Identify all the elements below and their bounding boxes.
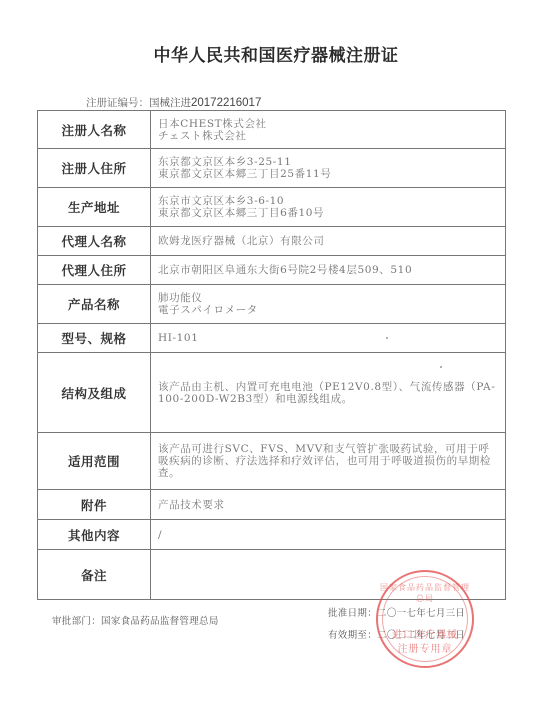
row-label: 其他内容: [38, 520, 151, 550]
approval-department-label: 审批部门：: [52, 616, 101, 627]
row-value: 东京市文京区本乡3-6-10 東京都文京区本郷三丁目6番10号: [151, 188, 506, 227]
table-row: 注册人住所 东京都文京区本乡3-25-11 東京都文京区本郷三丁目25番11号: [38, 149, 506, 188]
valid-until: 有效期至：二〇二二年七月二日: [328, 627, 465, 641]
row-label: 产品名称: [38, 285, 151, 324]
scan-speck: [440, 366, 442, 368]
approval-date-value: 二〇一七年七月三日: [377, 608, 465, 619]
approval-date: 批准日期：二〇一七年七月三日: [328, 605, 465, 619]
row-label: 生产地址: [38, 188, 151, 227]
table-row: 代理人名称 欧姆龙医疗器械（北京）有限公司: [38, 227, 506, 256]
value-line: 东京都文京区本乡3-25-11: [158, 156, 498, 168]
table-row: 适用范围 该产品可进行SVC、FVS、MVV和支气管扩张吸药试验，可用于呼吸疾病…: [38, 433, 506, 490]
certificate-table: 注册人名称 日本CHEST株式会社 チェスト株式会社 注册人住所 东京都文京区本…: [37, 110, 506, 600]
value-line: HI-101: [158, 332, 498, 344]
value-line: 電子スパイロメータ: [158, 304, 498, 316]
row-label: 代理人名称: [38, 227, 151, 256]
row-label: 附件: [38, 490, 151, 520]
row-value: 北京市朝阳区阜通东大街6号院2号楼4层509、510: [151, 256, 506, 285]
table-row: 生产地址 东京市文京区本乡3-6-10 東京都文京区本郷三丁目6番10号: [38, 188, 506, 227]
value-line: 东京市文京区本乡3-6-10: [158, 195, 498, 207]
row-value: 东京都文京区本乡3-25-11 東京都文京区本郷三丁目25番11号: [151, 149, 506, 188]
valid-until-value: 二〇二二年七月二日: [377, 630, 465, 641]
table-row: 其他内容 /: [38, 520, 506, 550]
row-value: [151, 550, 506, 600]
value-line: 肺功能仪: [158, 292, 498, 304]
approval-department-value: 国家食品药品监督管理总局: [101, 616, 219, 627]
approval-department: 审批部门：国家食品药品监督管理总局: [52, 613, 219, 627]
row-label: 代理人住所: [38, 256, 151, 285]
table-row: 备注: [38, 550, 506, 600]
registration-number-label: 注册证编号：: [86, 97, 149, 109]
value-line: 北京市朝阳区阜通东大街6号院2号楼4层509、510: [158, 264, 498, 276]
row-value: 该产品由主机、内置可充电电池（PE12V0.8型）、气流传感器（PA-100-2…: [151, 353, 506, 433]
seal-line-2: 注册专用章: [378, 640, 472, 655]
table-row: 附件 产品技术要求: [38, 490, 506, 520]
registration-number-value: 20172216017: [191, 97, 261, 109]
valid-until-label: 有效期至：: [328, 630, 377, 641]
value-line: 東京都文京区本郷三丁目25番11号: [158, 168, 498, 180]
registration-number: 注册证编号：国械注进20172216017: [86, 95, 261, 110]
row-value: 该产品可进行SVC、FVS、MVV和支气管扩张吸药试验，可用于呼吸疾病的诊断、疗…: [151, 433, 506, 490]
value-line: チェスト株式会社: [158, 130, 498, 142]
row-label: 注册人名称: [38, 111, 151, 149]
document-title: 中华人民共和国医疗器械注册证: [0, 41, 552, 66]
row-label: 注册人住所: [38, 149, 151, 188]
registration-number-prefix: 国械注进: [149, 97, 191, 109]
row-value: 肺功能仪 電子スパイロメータ: [151, 285, 506, 324]
row-value: 日本CHEST株式会社 チェスト株式会社: [151, 111, 506, 149]
row-label: 适用范围: [38, 433, 151, 490]
row-label: 结构及组成: [38, 353, 151, 433]
table-row: 注册人名称 日本CHEST株式会社 チェスト株式会社: [38, 111, 506, 149]
row-label: 备注: [38, 550, 151, 600]
row-value: 欧姆龙医疗器械（北京）有限公司: [151, 227, 506, 256]
scan-speck: [386, 337, 388, 339]
row-value: /: [151, 520, 506, 550]
table-row: 代理人住所 北京市朝阳区阜通东大街6号院2号楼4层509、510: [38, 256, 506, 285]
table-row: 产品名称 肺功能仪 電子スパイロメータ: [38, 285, 506, 324]
row-value: HI-101: [151, 324, 506, 353]
value-line: 東京都文京区本郷三丁目6番10号: [158, 207, 498, 219]
table-row: 型号、规格 HI-101: [38, 324, 506, 353]
row-label: 型号、规格: [38, 324, 151, 353]
value-line: 日本CHEST株式会社: [158, 118, 498, 130]
row-value: 产品技术要求: [151, 490, 506, 520]
table-row: 结构及组成 该产品由主机、内置可充电电池（PE12V0.8型）、气流传感器（PA…: [38, 353, 506, 433]
value-line: 欧姆龙医疗器械（北京）有限公司: [158, 235, 498, 247]
approval-date-label: 批准日期：: [328, 608, 377, 619]
